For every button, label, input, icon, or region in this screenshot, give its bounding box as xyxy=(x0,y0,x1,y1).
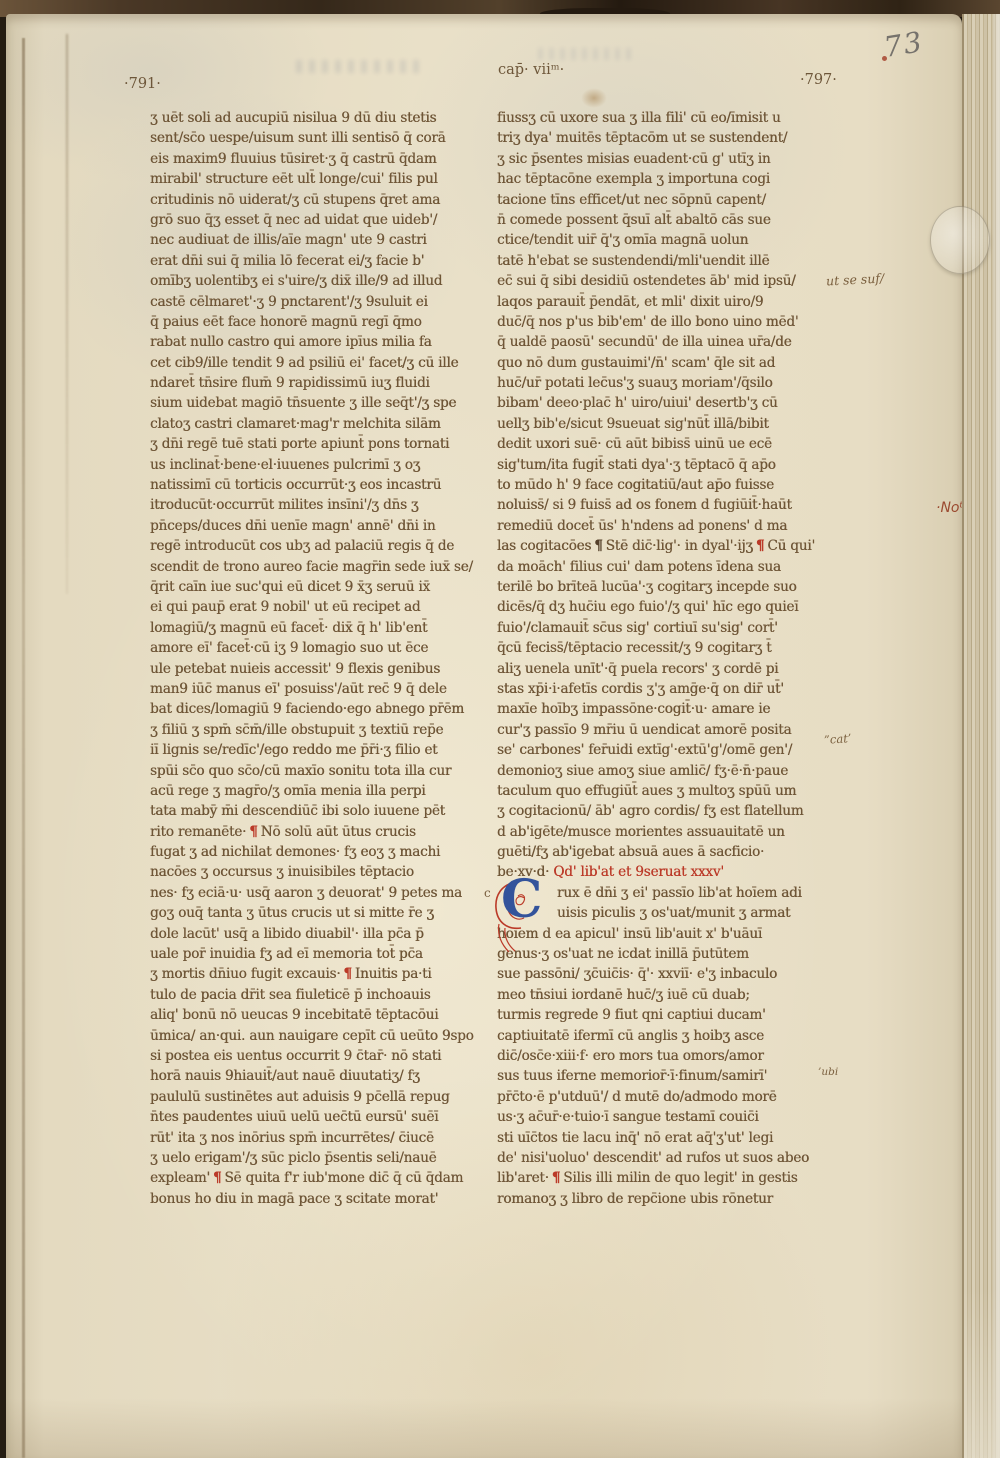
text-segment: n̄ comede possent q̄suī alt̄ abaltō cās … xyxy=(497,212,771,228)
text-segment: expleam' xyxy=(150,1170,210,1186)
text-segment: nacōes ʒ occursus ʒ inuisibiles tēptacio xyxy=(150,864,414,880)
text-segment: maxīe hoībʒ impassōne·cogit̄·u· amare ie xyxy=(497,701,770,717)
text-line: triʒ dya' muitēs tēptacōm ut se sustende… xyxy=(497,128,885,148)
text-segment: Cū qui' xyxy=(767,538,815,554)
text-line: q̄cū feciss̄/tēptacio recessit/ʒ 9 cogit… xyxy=(497,638,885,658)
text-line: q̄rit caīn iue suc'qui eū dicet 9 x̄ʒ se… xyxy=(150,577,486,597)
text-segment: dole lacūt' usq̄ a libido diuabil'· illa… xyxy=(150,926,424,942)
text-segment: bonus ho diu in magā pace ʒ scitate mora… xyxy=(150,1191,438,1207)
header-column-number-left: ·791· xyxy=(124,76,161,92)
text-line: castē cēlmaret'·ʒ 9 pnctarent'/ʒ 9suluit… xyxy=(150,292,486,312)
text-line: regē introducūt cos ubʒ ad palaciū regis… xyxy=(150,536,486,556)
text-segment: captiuitatē ifermī cū anglis ʒ hoibʒ asc… xyxy=(497,1028,764,1044)
text-segment: sue passōni/ ʒc̄uic̄is· q̄'· xxviī· e'ʒ … xyxy=(497,966,777,982)
text-segment: us·ʒ ac̄ur̄·e·tuio·ī sangue testamī coui… xyxy=(497,1109,759,1125)
text-segment: turmis regrede 9 fiut qni captiui ducam' xyxy=(497,1007,766,1023)
text-line: tacione tīns efficet/ut nec sōpnū capent… xyxy=(497,190,885,210)
text-line: sent/sc̄o uespe/uisum sunt illi sentisō … xyxy=(150,128,486,148)
text-segment: Inuitis pa·ti xyxy=(355,966,432,982)
margin-note-catchline: ”cat’ xyxy=(824,731,852,747)
text-line: dicēs/q̄ dʒ huc̄iu ego fuio'/ʒ qui' hīc … xyxy=(497,597,885,617)
text-segment: Stē dic̄·lig'· in dyal'·ijʒ xyxy=(606,538,753,554)
decorated-initial: C xyxy=(487,872,549,956)
text-segment: omībʒ uolentibʒ ei s'uire/ʒ dix̄ ille/9 … xyxy=(150,273,442,289)
text-segment: paululū sustinētes aut aduisis 9 pc̄ellā… xyxy=(150,1089,450,1105)
text-segment: bibam' deeo·plac̄ h' uiro/uiui' desertb'… xyxy=(497,395,778,411)
text-segment: ʒ mortis dn̄iuo fugit excauis· xyxy=(150,966,340,982)
text-line: spūi sc̄o quo sc̄o/cū maxīo sonitu tota … xyxy=(150,761,486,781)
pilcrow-mark: ¶ xyxy=(753,538,767,554)
text-segment: tacione tīns efficet/ut nec sōpnū capent… xyxy=(497,192,766,208)
text-line: noluiss̄/ si 9 fuiss̄ ad os fonem d fugi… xyxy=(497,495,885,515)
text-segment: pn̄ceps/duces dn̄i uenīe magn' annē' dn̄… xyxy=(150,518,435,534)
text-line: tulo de pacia dr̄it sea fiuleticē p̄ inc… xyxy=(150,985,486,1005)
text-segment: sium uidebat magiō tn̄suente ʒ ille seq̄… xyxy=(150,395,456,411)
text-line: rito remanēte·¶Nō solū aūt ūtus crucis xyxy=(150,822,486,842)
text-line: natissimī cū torticis occurrūt·ʒ eos inc… xyxy=(150,475,486,495)
text-line: lomagiū/ʒ magnū eū facet̄· dix̄ q̄ h' li… xyxy=(150,618,486,638)
text-segment: us inclinat̄·bene·el·iuuenes pulcrimī ʒ … xyxy=(150,457,420,473)
text-segment: Qd' lib'at et 9seruat xxxv' xyxy=(553,864,724,880)
text-line: dic̄/osc̄e·xiii·f· ero mors tua omors/am… xyxy=(497,1046,885,1066)
text-line: aliq' bonū nō ueucas 9 incebitatē tēptac… xyxy=(150,1005,486,1025)
text-segment: meo tn̄siui iordanē huc̄/ʒ iuē cū duab; xyxy=(497,987,750,1003)
text-line: lib'aret·¶Silis illi milin de quo legit'… xyxy=(497,1168,885,1188)
text-line: bibam' deeo·plac̄ h' uiro/uiui' desertb'… xyxy=(497,393,885,413)
text-line: n̄tes paudentes uiuū uelū uec̄tū eursū' … xyxy=(150,1107,486,1127)
pilcrow-mark: ¶ xyxy=(210,1170,224,1186)
text-line: us inclinat̄·bene·el·iuuenes pulcrimī ʒ … xyxy=(150,455,486,475)
text-line: ʒ uēt soli ad aucupiū nisilua 9 dū diu s… xyxy=(150,108,486,128)
text-segment: terilē bo brīteā lucūa'·ʒ cogitarʒ incep… xyxy=(497,579,797,595)
text-line: si postea eis uentus occurrit 9 c̄tar̄· … xyxy=(150,1046,486,1066)
text-line: terilē bo brīteā lucūa'·ʒ cogitarʒ incep… xyxy=(497,577,885,597)
text-line: grō suo q̄ʒ esset q̄ nec ad uidat que ui… xyxy=(150,210,486,230)
text-line: uisis piculis ʒ os'uat/munit ʒ armat xyxy=(497,903,885,923)
text-segment: dicēs/q̄ dʒ huc̄iu ego fuio'/ʒ qui' hīc … xyxy=(497,599,798,615)
text-segment: lib'aret· xyxy=(497,1170,549,1186)
text-line: q̄ paius eēt face honorē magnū regī q̄mo xyxy=(150,312,486,332)
text-line: tatē h'ebat se sustendendi/mli'uendit il… xyxy=(497,251,885,271)
text-segment: las cogitacōes xyxy=(497,538,591,554)
text-line: paululū sustinētes aut aduisis 9 pc̄ellā… xyxy=(150,1087,486,1107)
text-segment: triʒ dya' muitēs tēptacōm ut se sustende… xyxy=(497,130,787,146)
text-line: uellʒ bib'e/sicut 9sueuat sig'nūt̄ illā/… xyxy=(497,414,885,434)
text-segment: sti uīc̄tos tie lacu inq̄' nō erat aq̄'ʒ… xyxy=(497,1130,773,1146)
text-segment: dic̄/osc̄e·xiii·f· ero mors tua omors/am… xyxy=(497,1048,764,1064)
text-segment: fugat ʒ ad nichilat demones· fʒ eoʒ ʒ ma… xyxy=(150,844,440,860)
text-line: guēti/fʒ ab'igebat absuā aues ā sacficio… xyxy=(497,842,885,862)
text-segment: eis maxim9 fluuius tūsiret·ʒ q̄ castrū q… xyxy=(150,151,436,167)
text-line: amore eī' facet̄·cū iʒ 9 lomagio suo ut … xyxy=(150,638,486,658)
initial-guide-letter: c xyxy=(484,886,491,900)
text-segment: tulo de pacia dr̄it sea fiuleticē p̄ inc… xyxy=(150,987,431,1003)
text-line: de' nisi'uoluo' descendit' ad rufos ut s… xyxy=(497,1148,885,1168)
margin-note-catchline: ’ubi xyxy=(818,1066,838,1078)
text-line: ndaret̄ tn̄sire flum̄ 9 rapidissimū iuʒ … xyxy=(150,373,486,393)
text-column-left: ʒ uēt soli ad aucupiū nisilua 9 dū diu s… xyxy=(150,108,486,1209)
text-segment: aliq' bonū nō ueucas 9 incebitatē tēptac… xyxy=(150,1007,438,1023)
text-segment: acū rege ʒ magr̄o/ʒ omīa menia illa perp… xyxy=(150,783,425,799)
text-segment: goʒ ouq̄ tanta ʒ ūtus crucis ut si mitte… xyxy=(150,905,434,921)
page-bottom-shadow xyxy=(6,1398,962,1458)
text-segment: cet cib9/ille tendit 9 ad psiliū ei' fac… xyxy=(150,355,458,371)
text-segment: bat dices/lomagiū 9 faciendo·ego abnego … xyxy=(150,701,464,717)
text-segment: q̄ ualdē paosū' secundū' de illa uinea u… xyxy=(497,334,791,350)
text-line: scendit de trono aureo facie magr̄in sed… xyxy=(150,557,486,577)
text-line: sium uidebat magiō tn̄suente ʒ ille seq̄… xyxy=(150,393,486,413)
text-segment: pr̄c̄to·ē p'utduū'/ d mutē do/admodo mor… xyxy=(497,1089,777,1105)
pilcrow-mark: ¶ xyxy=(549,1170,563,1186)
text-segment: n̄tes paudentes uiuū uelū uec̄tū eursū' … xyxy=(150,1109,438,1125)
text-line: sti uīc̄tos tie lacu inq̄' nō erat aq̄'ʒ… xyxy=(497,1128,885,1148)
header-column-number-right: ·797· xyxy=(800,72,837,88)
text-line: us·ʒ ac̄ur̄·e·tuio·ī sangue testamī coui… xyxy=(497,1107,885,1127)
text-line: goʒ ouq̄ tanta ʒ ūtus crucis ut si mitte… xyxy=(150,903,486,923)
text-segment: ec̄ sui q̄ sibi desidiū ostendetes āb' m… xyxy=(497,273,796,289)
text-line: critudinis nō uiderat/ʒ cū stupens q̄ret… xyxy=(150,190,486,210)
text-line: maxīe hoībʒ impassōne·cogit̄·u· amare ie xyxy=(497,699,885,719)
text-segment: quo nō dum gustauimi'/n̄' scam' q̄le sit… xyxy=(497,355,775,371)
text-segment: tatē h'ebat se sustendendi/mli'uendit il… xyxy=(497,253,769,269)
text-segment: Nō solū aūt ūtus crucis xyxy=(261,824,416,840)
text-line: q̄ ualdē paosū' secundū' de illa uinea u… xyxy=(497,332,885,352)
text-segment: mirabil' structure eēt ult̄ longe/cui' f… xyxy=(150,171,438,187)
text-segment: uale por̄ inuidia fʒ ad eī memoria tot̄ … xyxy=(150,946,423,962)
text-line: expleam'¶Sē quita f'r iub'mone dic̄ q̄ c… xyxy=(150,1168,486,1188)
text-line: sig'tum/ita fugit̄ stati dya'·ʒ tēptacō … xyxy=(497,455,885,475)
text-line: remediū docet̄ ūs' h'ndens ad ponens' d … xyxy=(497,516,885,536)
text-segment: natissimī cū torticis occurrūt·ʒ eos inc… xyxy=(150,477,441,493)
text-line: ʒ cogitacionū/ āb' agro cordis/ fʒ est f… xyxy=(497,801,885,821)
text-line: eis maxim9 fluuius tūsiret·ʒ q̄ castrū q… xyxy=(150,149,486,169)
text-line: tata mabȳ m̄i descendiūc̄ ibi solo iuuen… xyxy=(150,801,486,821)
text-segment: ūmica/ an·qui. aun nauigare cepīt cū ueū… xyxy=(150,1028,474,1044)
text-line: iī lignis se/redīc'/ego reddo me p̄r̄i·ʒ… xyxy=(150,740,486,760)
text-segment: to mūdo h' 9 face cogitatiū/aut ap̄o fui… xyxy=(497,477,774,493)
pilcrow-mark: ¶ xyxy=(246,824,260,840)
text-line: ctice/tendit uir̄ q̄'ʒ omīa magnā uolun xyxy=(497,230,885,250)
text-segment: ʒ uēt soli ad aucupiū nisilua 9 dū diu s… xyxy=(150,110,436,126)
text-line: horā nauis 9hiauit̄/aut nauē diuutatiʒ/ … xyxy=(150,1066,486,1086)
text-line: da moāch' filius cui' dam potens īdena s… xyxy=(497,557,885,577)
text-line: fiussʒ cū uxore sua ʒ illa fili' cū eo/ī… xyxy=(497,108,885,128)
text-line: quo nō dum gustauimi'/n̄' scam' q̄le sit… xyxy=(497,353,885,373)
text-line: bat dices/lomagiū 9 faciendo·ego abnego … xyxy=(150,699,486,719)
text-line: captiuitatē ifermī cū anglis ʒ hoibʒ asc… xyxy=(497,1026,885,1046)
text-line: romanoʒ ʒ libro de repc̄ione ubis rōnetu… xyxy=(497,1189,885,1209)
text-segment: remediū docet̄ ūs' h'ndens ad ponens' d … xyxy=(497,518,787,534)
text-segment: man9 iūc̄ manus eī' posuiss'/aūt rec̄ 9 … xyxy=(150,681,447,697)
text-line: taculum quo effugiūt̄ aues ʒ multoʒ spūū… xyxy=(497,781,885,801)
text-line: ule petebat nuieis accessit' 9 flexis ge… xyxy=(150,659,486,679)
text-segment: ʒ dn̄i regē tuē stati porte apiunt̄ pons… xyxy=(150,436,449,452)
index-tab xyxy=(930,206,990,274)
text-line: omībʒ uolentibʒ ei s'uire/ʒ dix̄ ille/9 … xyxy=(150,271,486,291)
text-line: stas xp̄i·i·afetīs cordis ʒ'ʒ amḡe·q̄ on… xyxy=(497,679,885,699)
show-through-text xyxy=(296,60,426,73)
text-segment: cur'ʒ passīo 9 mr̄iu ū uendicat amorē po… xyxy=(497,722,791,738)
text-segment: ctice/tendit uir̄ q̄'ʒ omīa magnā uolun xyxy=(497,232,748,248)
text-segment: rabat nullo castro qui amore ipīus milia… xyxy=(150,334,432,350)
text-line: mirabil' structure eēt ult̄ longe/cui' f… xyxy=(150,169,486,189)
parchment-crease xyxy=(66,34,68,594)
text-line: turmis regrede 9 fiut qni captiui ducam' xyxy=(497,1005,885,1025)
text-line: meo tn̄siui iordanē huc̄/ʒ iuē cū duab; xyxy=(497,985,885,1005)
text-line: laqos parauit̄ p̄endāt, et mli' dixit ui… xyxy=(497,292,885,312)
text-segment: Sē quita f'r iub'mone dic̄ q̄ cū q̄dam xyxy=(224,1170,463,1186)
text-segment: si postea eis uentus occurrit 9 c̄tar̄· … xyxy=(150,1048,441,1064)
text-line: itroducūt·occurrūt milites insīni'/ʒ dn̄… xyxy=(150,495,486,515)
text-segment: aliʒ uenela unīt'·q̄ puela recors' ʒ cor… xyxy=(497,661,778,677)
text-segment: noluiss̄/ si 9 fuiss̄ ad os fonem d fugi… xyxy=(497,497,792,513)
text-segment: scendit de trono aureo facie magr̄in sed… xyxy=(150,559,473,575)
text-segment: iī lignis se/redīc'/ego reddo me p̄r̄i·ʒ… xyxy=(150,742,437,758)
text-line: las cogitacōes¶Stē dic̄·lig'· in dyal'·i… xyxy=(497,536,885,556)
text-segment: taculum quo effugiūt̄ aues ʒ multoʒ spūū… xyxy=(497,783,796,799)
text-line: to mūdo h' 9 face cogitatiū/aut ap̄o fui… xyxy=(497,475,885,495)
text-line: fugat ʒ ad nichilat demones· fʒ eoʒ ʒ ma… xyxy=(150,842,486,862)
text-line: erat dn̄i sui q̄ milia lō fecerat ei/ʒ f… xyxy=(150,251,486,271)
text-segment: nec audiuat de illis/aīe magn' ute 9 cas… xyxy=(150,232,427,248)
text-segment: d ab'igēte/musce morientes assuauitatē u… xyxy=(497,824,785,840)
text-segment: ʒ uelo erigam'/ʒ sūc piclo p̄sentis seli… xyxy=(150,1150,436,1166)
text-segment: sig'tum/ita fugit̄ stati dya'·ʒ tēptacō … xyxy=(497,457,776,473)
text-segment: ʒ sic p̄sentes misias euadent·cū g' utīʒ… xyxy=(497,151,770,167)
text-segment: fuio'/clamauit̄ sc̄us sig' cortiuī su'si… xyxy=(497,620,778,636)
ink-stain xyxy=(581,88,607,108)
text-line: rux ē dn̄i ʒ ei' passīo lib'at hoīem adi xyxy=(497,883,885,903)
text-line: ʒ uelo erigam'/ʒ sūc piclo p̄sentis seli… xyxy=(150,1148,486,1168)
text-segment: horā nauis 9hiauit̄/aut nauē diuutatiʒ/ … xyxy=(150,1068,420,1084)
text-segment: fiussʒ cū uxore sua ʒ illa fili' cū eo/ī… xyxy=(497,110,781,126)
text-segment: ule petebat nuieis accessit' 9 flexis ge… xyxy=(150,661,440,677)
header-chapter-number: cap̄· viiᵐ· xyxy=(498,62,564,78)
text-segment: spūi sc̄o quo sc̄o/cū maxīo sonitu tota … xyxy=(150,763,451,779)
text-segment: guēti/fʒ ab'igebat absuā aues ā sacficio… xyxy=(497,844,764,860)
book-fore-edge-pages xyxy=(962,14,1000,1458)
text-segment: hac tēptacōne exempla ʒ importuna cogi xyxy=(497,171,770,187)
text-line: ei qui paup̄ erat 9 nobil' ut eū recipet… xyxy=(150,597,486,617)
text-segment: q̄ paius eēt face honorē magnū regī q̄mo xyxy=(150,314,422,330)
folio-number: 73 xyxy=(882,25,926,64)
text-line: ʒ sic p̄sentes misias euadent·cū g' utīʒ… xyxy=(497,149,885,169)
text-line: clatoʒ castri clamaret·mag'r melchita si… xyxy=(150,414,486,434)
text-line: sue passōni/ ʒc̄uic̄is· q̄'· xxviī· e'ʒ … xyxy=(497,964,885,984)
text-line: n̄ comede possent q̄suī alt̄ abaltō cās … xyxy=(497,210,885,230)
text-line: ʒ dn̄i regē tuē stati porte apiunt̄ pons… xyxy=(150,434,486,454)
text-segment: erat dn̄i sui q̄ milia lō fecerat ei/ʒ f… xyxy=(150,253,424,269)
text-segment: de' nisi'uoluo' descendit' ad rufos ut s… xyxy=(497,1150,809,1166)
text-line: duc̄/q̄ nos p'us bib'em' de illo bono ui… xyxy=(497,312,885,332)
text-line: genus·ʒ os'uat ne icdat inillā p̄utūtem xyxy=(497,944,885,964)
text-segment: q̄cū feciss̄/tēptacio recessit/ʒ 9 cogit… xyxy=(497,640,771,656)
text-segment: ndaret̄ tn̄sire flum̄ 9 rapidissimū iuʒ … xyxy=(150,375,430,391)
pilcrow-mark: ¶ xyxy=(591,538,605,554)
text-segment: huc̄/ur̄ potati lec̄us'ʒ suauʒ moriam'/q… xyxy=(497,375,773,391)
show-through-text xyxy=(538,48,634,60)
text-segment: clatoʒ castri clamaret·mag'r melchita si… xyxy=(150,416,441,432)
gutter-crease xyxy=(22,38,25,1458)
text-line: aliʒ uenela unīt'·q̄ puela recors' ʒ cor… xyxy=(497,659,885,679)
text-segment: tata mabȳ m̄i descendiūc̄ ibi solo iuuen… xyxy=(150,803,445,819)
text-segment: lomagiū/ʒ magnū eū facet̄· dix̄ q̄ h' li… xyxy=(150,620,427,636)
pilcrow-mark: ¶ xyxy=(340,966,354,982)
text-line: pn̄ceps/duces dn̄i uenīe magn' annē' dn̄… xyxy=(150,516,486,536)
text-segment: nes· fʒ eciā·u· usq̄ aaron ʒ deuorat' 9 … xyxy=(150,885,462,901)
text-segment: ʒ filiū ʒ spm̄ sc̄m̄/ille obstupuit ʒ te… xyxy=(150,722,443,738)
manuscript-photo: 73 ·791· cap̄· viiᵐ· ·797· ʒ uēt soli ad… xyxy=(0,0,1000,1458)
text-line: rūt' ita ʒ nos inōrius spm̄ incurrētes/ … xyxy=(150,1128,486,1148)
text-line: nacōes ʒ occursus ʒ inuisibiles tēptacio xyxy=(150,862,486,882)
text-segment: critudinis nō uiderat/ʒ cū stupens q̄ret… xyxy=(150,192,440,208)
text-line: hac tēptacōne exempla ʒ importuna cogi xyxy=(497,169,885,189)
text-line: rabat nullo castro qui amore ipīus milia… xyxy=(150,332,486,352)
text-segment: romanoʒ ʒ libro de repc̄ione ubis rōnetu… xyxy=(497,1191,773,1207)
text-segment: rito remanēte· xyxy=(150,824,246,840)
text-segment: da moāch' filius cui' dam potens īdena s… xyxy=(497,559,781,575)
text-segment: q̄rit caīn iue suc'qui eū dicet 9 x̄ʒ se… xyxy=(150,579,430,595)
initial-letter: C xyxy=(501,874,542,926)
text-line: nes· fʒ eciā·u· usq̄ aaron ʒ deuorat' 9 … xyxy=(150,883,486,903)
text-line: uale por̄ inuidia fʒ ad eī memoria tot̄ … xyxy=(150,944,486,964)
text-line: ʒ mortis dn̄iuo fugit excauis·¶Inuitis p… xyxy=(150,964,486,984)
text-line: huc̄/ur̄ potati lec̄us'ʒ suauʒ moriam'/q… xyxy=(497,373,885,393)
text-line: fuio'/clamauit̄ sc̄us sig' cortiuī su'si… xyxy=(497,618,885,638)
text-segment: uisis piculis ʒ os'uat/munit ʒ armat xyxy=(557,905,790,921)
text-segment: laqos parauit̄ p̄endāt, et mli' dixit ui… xyxy=(497,294,763,310)
text-line: ʒ filiū ʒ spm̄ sc̄m̄/ille obstupuit ʒ te… xyxy=(150,720,486,740)
text-line: nec audiuat de illis/aīe magn' ute 9 cas… xyxy=(150,230,486,250)
text-line: cet cib9/ille tendit 9 ad psiliū ei' fac… xyxy=(150,353,486,373)
text-segment: sus tuus iferne memorior̄·ī·finum/samirī… xyxy=(497,1068,767,1084)
margin-note-catchline: ut se suf/ xyxy=(826,270,885,288)
text-segment: sent/sc̄o uespe/uisum sunt illi sentisō … xyxy=(150,130,446,146)
text-segment: castē cēlmaret'·ʒ 9 pnctarent'/ʒ 9suluit… xyxy=(150,294,428,310)
text-line: be·xv·d· Qd' lib'at et 9seruat xxxv' xyxy=(497,862,885,882)
text-line: dedit uxori suē· cū aūt bibiss̄ uinū ue … xyxy=(497,434,885,454)
text-line: man9 iūc̄ manus eī' posuiss'/aūt rec̄ 9 … xyxy=(150,679,486,699)
text-line: acū rege ʒ magr̄o/ʒ omīa menia illa perp… xyxy=(150,781,486,801)
text-line: d ab'igēte/musce morientes assuauitatē u… xyxy=(497,822,885,842)
text-line: hoīem d ea apicul' insū lib'auit x' b'uā… xyxy=(497,924,885,944)
text-segment: grō suo q̄ʒ esset q̄ nec ad uidat que ui… xyxy=(150,212,437,228)
text-line: ūmica/ an·qui. aun nauigare cepīt cū ueū… xyxy=(150,1026,486,1046)
text-segment: ei qui paup̄ erat 9 nobil' ut eū recipet… xyxy=(150,599,420,615)
text-segment: uellʒ bib'e/sicut 9sueuat sig'nūt̄ illā/… xyxy=(497,416,769,432)
text-line: bonus ho diu in magā pace ʒ scitate mora… xyxy=(150,1189,486,1209)
text-segment: amore eī' facet̄·cū iʒ 9 lomagio suo ut … xyxy=(150,640,428,656)
manuscript-page: 73 ·791· cap̄· viiᵐ· ·797· ʒ uēt soli ad… xyxy=(6,14,962,1458)
text-line: dole lacūt' usq̄ a libido diuabil'· illa… xyxy=(150,924,486,944)
text-segment: stas xp̄i·i·afetīs cordis ʒ'ʒ amḡe·q̄ on… xyxy=(497,681,784,697)
text-segment: Silis illi milin de quo legit' in gestis xyxy=(563,1170,797,1186)
text-line: pr̄c̄to·ē p'utduū'/ d mutē do/admodo mor… xyxy=(497,1087,885,1107)
text-segment: dedit uxori suē· cū aūt bibiss̄ uinū ue … xyxy=(497,436,772,452)
text-segment: ʒ cogitacionū/ āb' agro cordis/ fʒ est f… xyxy=(497,803,803,819)
text-segment: rux ē dn̄i ʒ ei' passīo lib'at hoīem adi xyxy=(557,885,802,901)
text-segment: itroducūt·occurrūt milites insīni'/ʒ dn̄… xyxy=(150,497,418,513)
text-line: demonioʒ siue amoʒ siue amlic̄/ fʒ·ē·n̄·… xyxy=(497,761,885,781)
text-segment: rūt' ita ʒ nos inōrius spm̄ incurrētes/ … xyxy=(150,1130,434,1146)
text-segment: regē introducūt cos ubʒ ad palaciū regis… xyxy=(150,538,454,554)
text-segment: duc̄/q̄ nos p'us bib'em' de illo bono ui… xyxy=(497,314,798,330)
text-segment: demonioʒ siue amoʒ siue amlic̄/ fʒ·ē·n̄·… xyxy=(497,763,788,779)
text-segment: se' carbones' fer̄uidi extīg'·extū'g'/om… xyxy=(497,742,792,758)
